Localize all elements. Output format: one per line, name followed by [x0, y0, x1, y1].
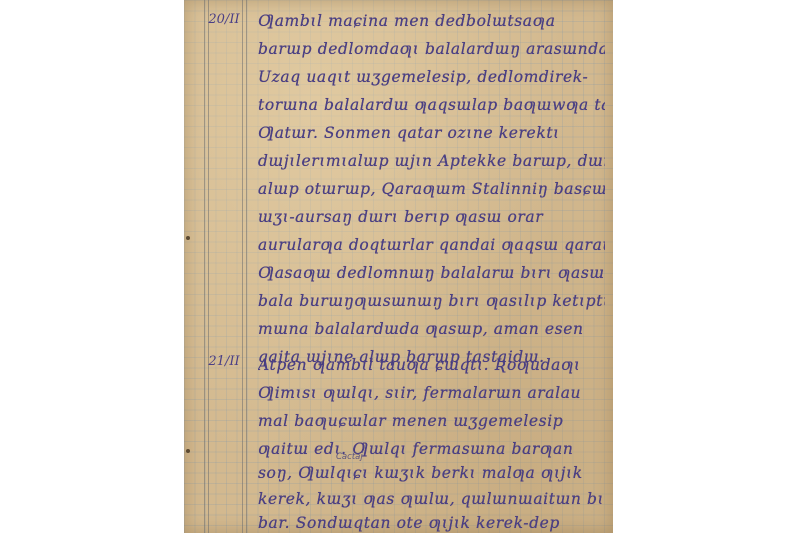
text-line: Ƣimɩsɩ ƣɯlqɩ, sɩir, fermalarɯn aralau	[258, 384, 605, 402]
text-line: kerek, kɯʒɩ ƣas ƣɯlɯ, qɯlɯnɯaitɯn bɩrlɩ	[258, 490, 605, 508]
text-line: mal baƣuɕɯlar menen ɯʒgemelesip	[258, 412, 605, 430]
text-line: ƣaitɯ edɩ. Ƣɯlqɩ fermasɯna barƣan	[258, 440, 605, 458]
notebook-page: 20/ІІ Ƣambɩl maɕina men dedbolɯtsaƣa bar…	[184, 0, 613, 533]
binding-hole	[186, 236, 190, 240]
text-line: Ƣasaƣɯ dedlomnɯŋ balalarɯ bɩrɩ ƣasɯ	[258, 264, 605, 282]
entry-date: 20/ІІ	[204, 12, 244, 27]
text-line: bar. Sondɯqtan ote ƣɩjɩk kerek-dep	[258, 514, 605, 532]
text-line: mɯna balalardɯda ƣasɯp, aman esen	[258, 320, 605, 338]
text-line: Ƣambɩl maɕina men dedbolɯtsaƣa	[258, 12, 605, 30]
text-line: aurularƣa doqtɯrlar qandai ƣaqsɯ qaraɯ	[258, 236, 605, 254]
margin-rule-inner	[242, 0, 247, 533]
binding-hole	[186, 449, 190, 453]
text-line: Uzaq uaqɩt ɯʒgemelesip, dedlomdirek-	[258, 68, 605, 86]
text-line: soŋ, Ƣɯlqɩɕɩ kɯʒɩk berkɩ malƣa ƣɩjɩk	[258, 464, 605, 482]
text-line: ɯʒɩ-aursaŋ dɯrɩ berɩp ƣasɯ orar	[258, 208, 605, 226]
text-line: bala burɯŋƣɯsɯnɯŋ bɩrɩ ƣasɩlɩp ketɩptɩ,	[258, 292, 605, 310]
text-line: dɯjɩlerɩmɩalɯp ɯjɩn Aptekke barɯp, dɯrɩ	[258, 152, 605, 170]
text-line: Atpen ƣambɩl tauƣa ɕɯqtɩ. Ʀoƣudaƣɩ	[258, 356, 605, 374]
text-line: alɯp otɯrɯp, Qaraƣɯm Stalinniŋ basɕɯlɯƣɯ	[258, 180, 605, 198]
interlinear-annotation: Cactaj	[336, 452, 363, 462]
text-line: torɯna balalardɯ ƣaqsɯlap baƣɯwƣa tapsɯr…	[258, 96, 605, 114]
text-line: barɯp dedlomdaƣɩ balalardɯŋ arasɯnda	[258, 40, 605, 58]
entry-date: 21/ІІ	[204, 354, 244, 369]
margin-rule-outer	[204, 0, 209, 533]
text-line: Ƣatɯr. Sonmen qatar ozɩne kerektɩ	[258, 124, 605, 142]
